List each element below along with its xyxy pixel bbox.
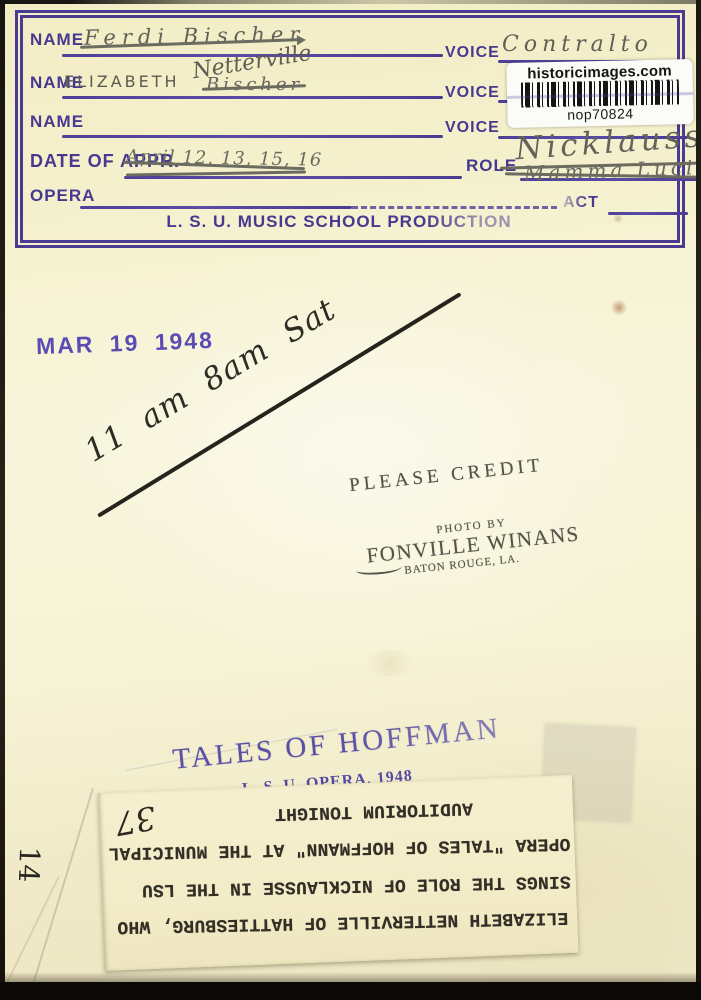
typed-caption-slip: 37 AUDITORIUM TONIGHT OPERA "TALES OF HO… [98,775,578,971]
credit-stamp: PLEASE CREDIT PHOTO BY FONVILLE WINANS B… [340,449,591,593]
voice-entry-contralto: Contralto [502,32,653,57]
caption-line-4: AUDITORIUM TONIGHT [275,797,474,823]
voice-label-3: VOICE [445,119,500,137]
inventory-sticker: historicimages.com nop70824 [506,59,693,128]
handwritten-margin-number: 14 [12,841,47,888]
opera-label: OPERA [30,186,95,206]
caption-line-1: ELIZABETH NETTERVILLE OF HATTIESBURG, WH… [117,907,568,936]
handwritten-slip-number: 37 [112,798,159,843]
rust-stain [610,300,628,315]
name-label-3: NAME [30,112,84,132]
scan-edge-top [0,0,701,4]
lsu-music-school-form: NAME Ferdi Bischer VOICE Contralto NAME … [15,10,685,248]
flourish-underline [356,562,402,576]
name-entry-elizabeth: ELIZABETH [64,72,180,91]
scan-edge-shadow [0,972,701,982]
caption-line-3: OPERA "TALES OF HOFFMANN" AT THE MUNICIP… [108,833,570,863]
form-footer-title: L. S. U. MUSIC SCHOOL PRODUCTION [143,212,535,232]
date-line [124,176,462,179]
caption-line-2: SINGS THE ROLE OF NICKLAUSSE IN THE LSU [142,871,571,900]
name-line-3 [62,135,443,138]
faint-stain [360,650,420,676]
opera-line [80,206,352,209]
voice-label-1: VOICE [445,44,500,62]
sticker-code-text: nop70824 [507,104,693,124]
act-label: ACT [563,194,599,212]
name-line-2 [62,96,443,99]
name-label-1: NAME [30,30,84,50]
opera-line-dashed [352,206,557,209]
small-smudge [612,214,624,223]
scan-edge-right [696,0,701,1000]
voice-label-2: VOICE [445,84,500,102]
scan-edge-bottom [0,982,701,1000]
scan-edge-left [0,0,5,1000]
